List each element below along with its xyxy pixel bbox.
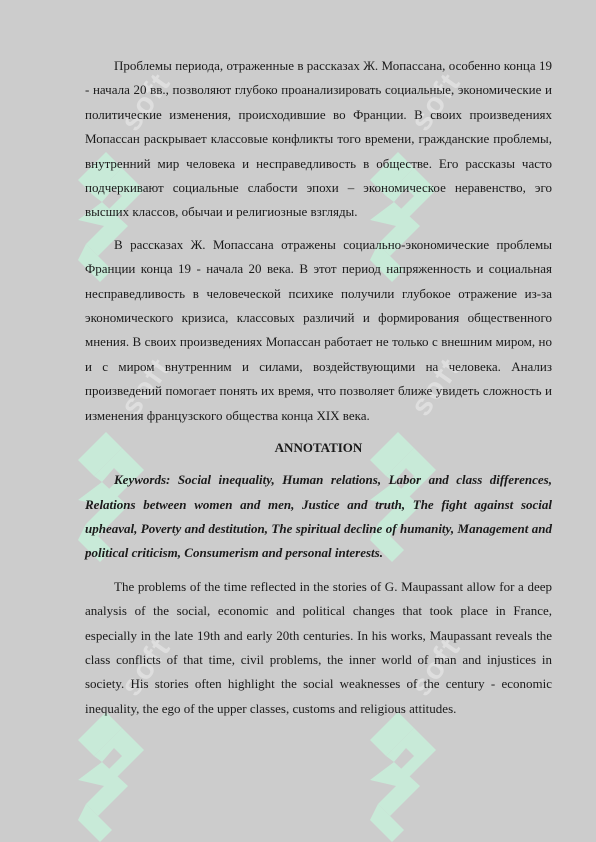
paragraph-en: The problems of the time reflected in th… <box>85 575 552 721</box>
annotation-heading: ANNOTATION <box>85 436 552 460</box>
keywords-paragraph: Keywords: Social inequality, Human relat… <box>85 468 552 566</box>
paragraph-ru-1: Проблемы периода, отраженные в рассказах… <box>85 54 552 225</box>
document-page: Проблемы периода, отраженные в рассказах… <box>85 54 552 729</box>
paragraph-ru-2: В рассказах Ж. Мопассана отражены социал… <box>85 233 552 428</box>
